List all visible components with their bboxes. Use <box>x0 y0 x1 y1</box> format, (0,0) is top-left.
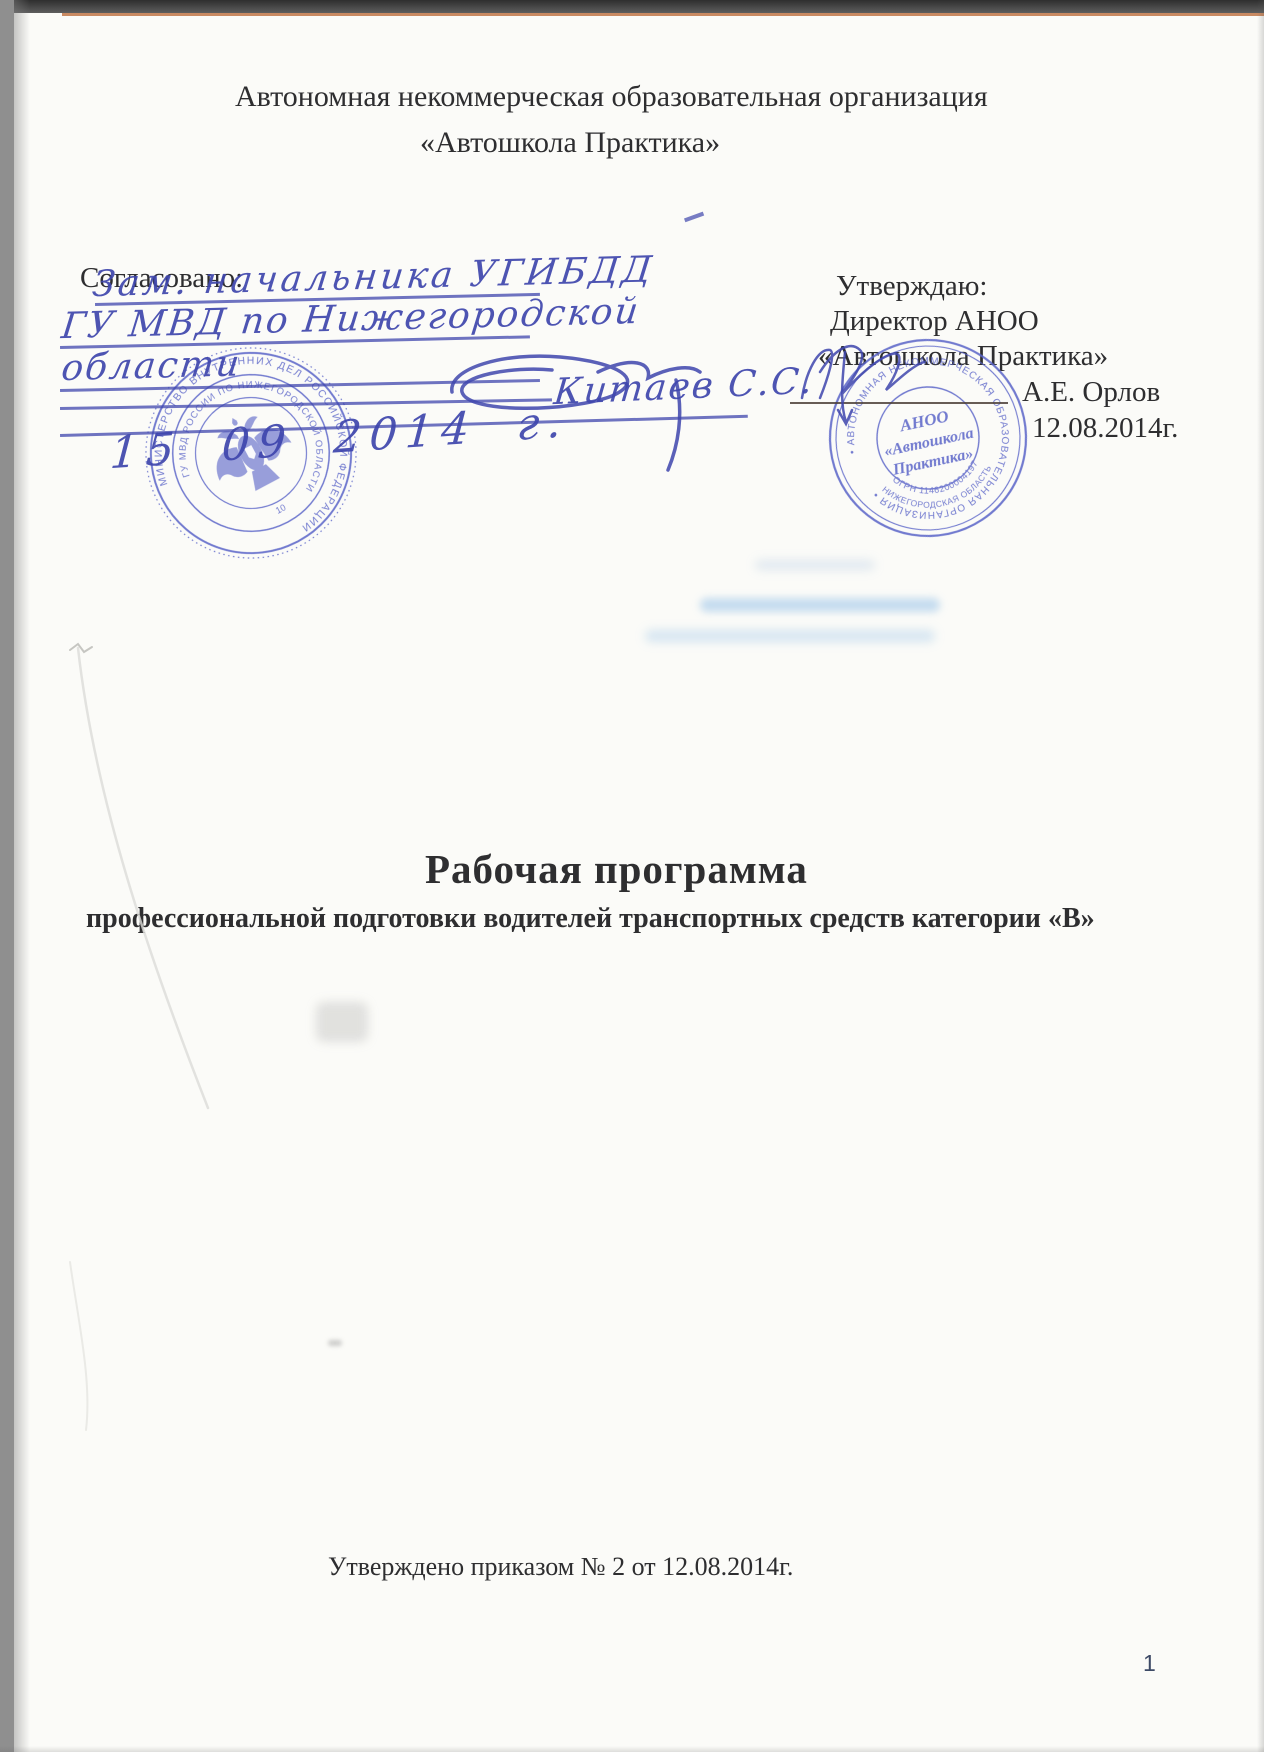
scanned-document-page: Автономная некоммерческая образовательна… <box>0 0 1264 1752</box>
page-number: 1 <box>1143 1650 1156 1677</box>
agreement-signer-name: Китаев С.С. <box>552 361 816 414</box>
paper-crease <box>70 644 208 1430</box>
anoo-stamp: • АВТОНОМНАЯ НЕКОММЕРЧЕСКАЯ ОБРАЗОВАТЕЛЬ… <box>805 315 1052 562</box>
approval-date: 12.08.2014г. <box>1032 412 1178 445</box>
scan-edge-left <box>0 0 14 1752</box>
org-name-line1: Автономная некоммерческая образовательна… <box>235 80 988 115</box>
document-title: Рабочая программа <box>425 846 808 893</box>
stray-pen-mark <box>684 212 704 222</box>
scan-edge-top <box>0 0 1264 13</box>
scan-edge-left-fade <box>14 0 30 1752</box>
scan-edge-orange-line <box>62 13 1264 16</box>
mvd-stamp-number: 10 <box>274 502 287 516</box>
smudge-mark <box>316 1002 368 1042</box>
ink-bleed-ghost <box>645 630 935 642</box>
scan-edge-right <box>1257 0 1264 1752</box>
smudge-mark <box>328 1340 342 1346</box>
footer-approval-line: Утверждено приказом № 2 от 12.08.2014г. <box>328 1552 793 1582</box>
approval-label: Утверждаю: <box>836 270 988 303</box>
document-subtitle: профессиональной подготовки водителей тр… <box>86 903 1095 935</box>
scan-edge-bottom <box>0 1746 1264 1752</box>
approval-signer-name: А.Е. Орлов <box>1022 376 1160 409</box>
ink-bleed-ghost <box>700 598 940 612</box>
ink-bleed-ghost <box>755 560 875 570</box>
signature-line <box>790 402 1008 404</box>
handwritten-position-line3: области <box>59 343 243 389</box>
org-name-line2: «Автошкола Практика» <box>420 126 720 161</box>
